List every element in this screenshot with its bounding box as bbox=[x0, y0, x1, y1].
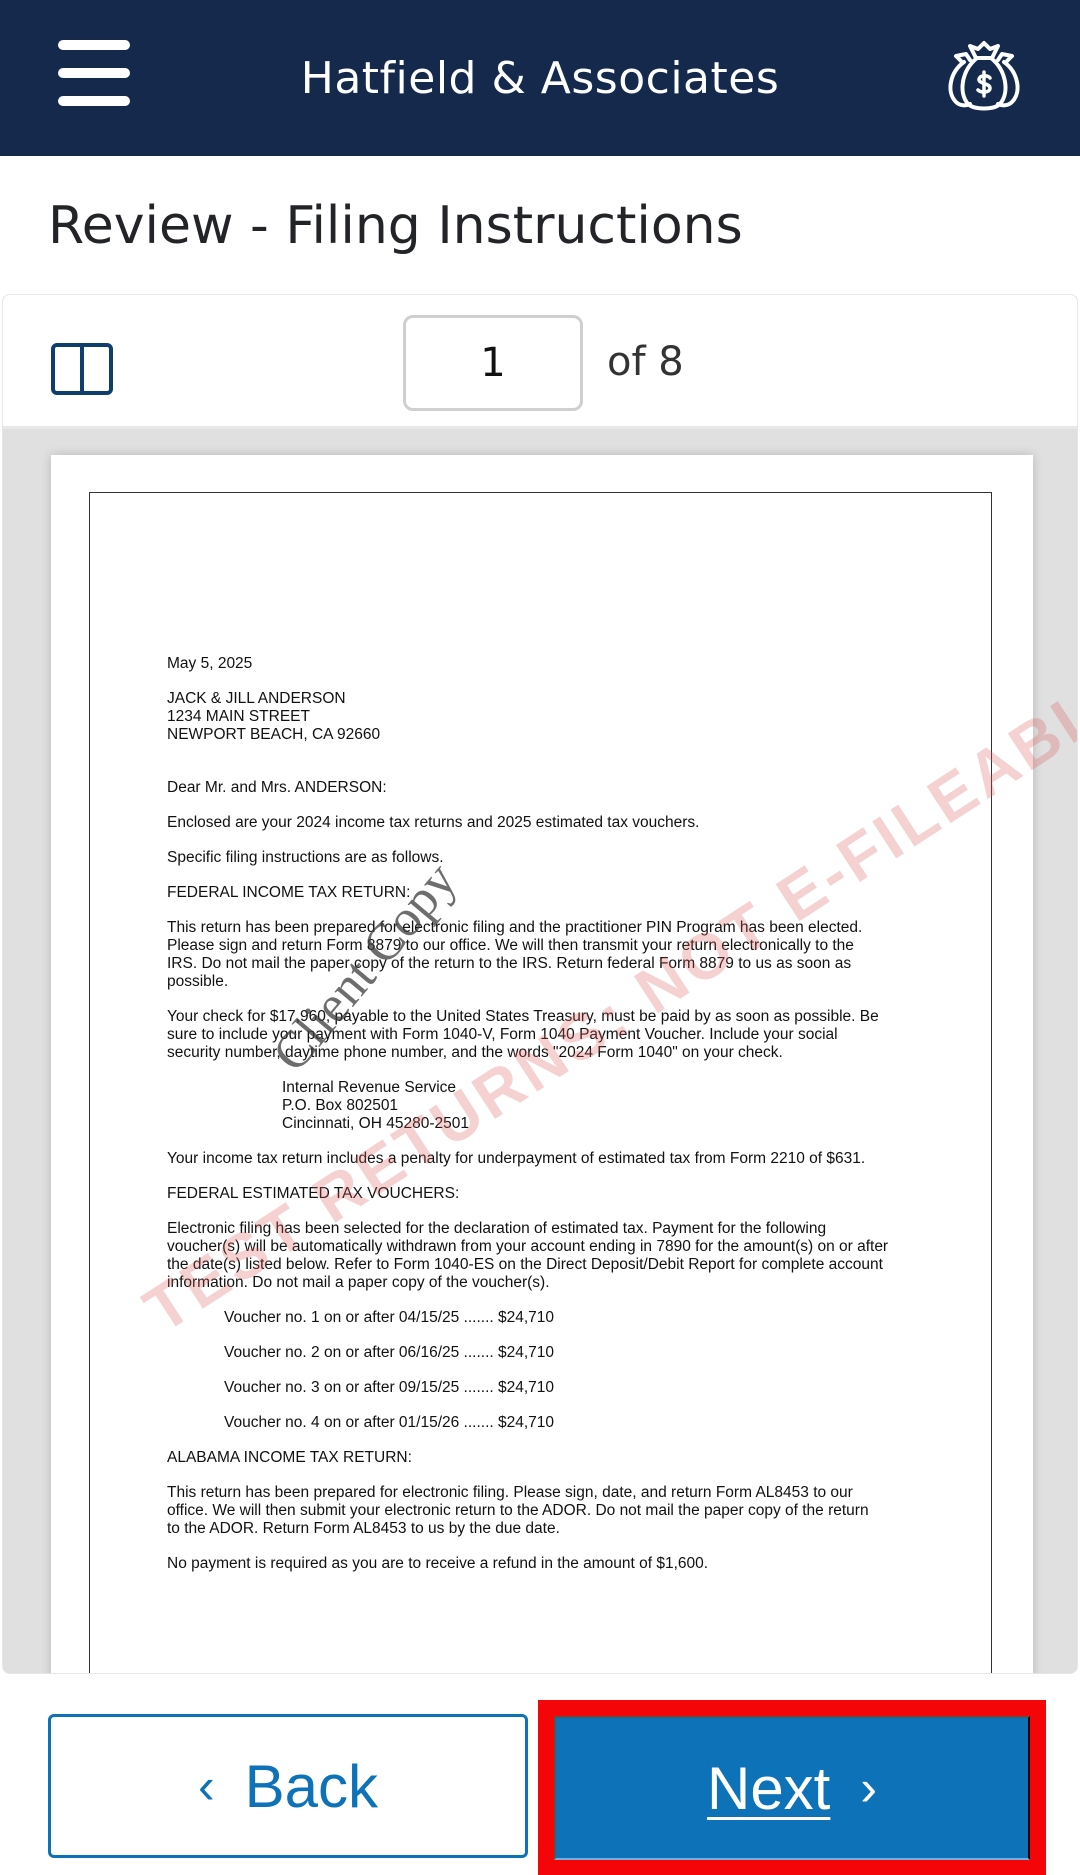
alabama-refund: No payment is required as you are to rec… bbox=[167, 1555, 967, 1573]
voucher-line: Voucher no. 2 on or after 06/16/25 .....… bbox=[167, 1344, 967, 1362]
page-number-input[interactable] bbox=[403, 315, 583, 411]
letter-body: May 5, 2025 JACK & JILL ANDERSON 1234 MA… bbox=[167, 655, 967, 1590]
app-header: Hatfield & Associates bbox=[0, 0, 1080, 156]
alabama-paragraph: This return has been prepared for electr… bbox=[167, 1484, 967, 1538]
back-button-label: Back bbox=[245, 1752, 378, 1821]
chevron-right-icon: › bbox=[860, 1763, 877, 1813]
app-title: Hatfield & Associates bbox=[301, 53, 780, 104]
next-button-label: Next bbox=[707, 1754, 830, 1823]
intro-text: Enclosed are your 2024 income tax return… bbox=[167, 814, 967, 832]
federal-paragraph-2: Your check for $17,960, payable to the U… bbox=[167, 1008, 967, 1062]
alabama-heading: ALABAMA INCOME TAX RETURN: bbox=[167, 1449, 967, 1467]
page-count-label: of 8 bbox=[607, 339, 684, 385]
viewer-toolbar: of 8 bbox=[3, 295, 1077, 429]
document-viewer[interactable]: of 8 May 5, 2025 JACK & JILL ANDERSON 12… bbox=[2, 294, 1078, 1674]
voucher-line: Voucher no. 3 on or after 09/15/25 .....… bbox=[167, 1379, 967, 1397]
instructions-lead: Specific filing instructions are as foll… bbox=[167, 849, 967, 867]
hamburger-menu-icon[interactable] bbox=[58, 40, 134, 106]
chevron-left-icon: ‹ bbox=[198, 1761, 215, 1811]
federal-heading: FEDERAL INCOME TAX RETURN: bbox=[167, 884, 967, 902]
next-button[interactable]: Next › bbox=[554, 1716, 1030, 1860]
voucher-line: Voucher no. 4 on or after 01/15/26 .....… bbox=[167, 1414, 967, 1432]
back-button[interactable]: ‹ Back bbox=[48, 1714, 528, 1858]
federal-paragraph-1: This return has been prepared for electr… bbox=[167, 919, 967, 991]
salutation: Dear Mr. and Mrs. ANDERSON: bbox=[167, 779, 967, 797]
money-bags-icon[interactable] bbox=[944, 40, 1024, 112]
split-panel-icon[interactable] bbox=[51, 343, 113, 395]
estimated-paragraph: Electronic filing has been selected for … bbox=[167, 1220, 967, 1292]
letter-date: May 5, 2025 bbox=[167, 655, 967, 673]
penalty-text: Your income tax return includes a penalt… bbox=[167, 1150, 967, 1168]
estimated-heading: FEDERAL ESTIMATED TAX VOUCHERS: bbox=[167, 1185, 967, 1203]
document-page: May 5, 2025 JACK & JILL ANDERSON 1234 MA… bbox=[51, 455, 1033, 1674]
page-title: Review - Filing Instructions bbox=[48, 196, 743, 256]
recipient-address: JACK & JILL ANDERSON 1234 MAIN STREET NE… bbox=[167, 690, 967, 744]
irs-address: Internal Revenue Service P.O. Box 802501… bbox=[167, 1079, 967, 1133]
voucher-line: Voucher no. 1 on or after 04/15/25 .....… bbox=[167, 1309, 967, 1327]
